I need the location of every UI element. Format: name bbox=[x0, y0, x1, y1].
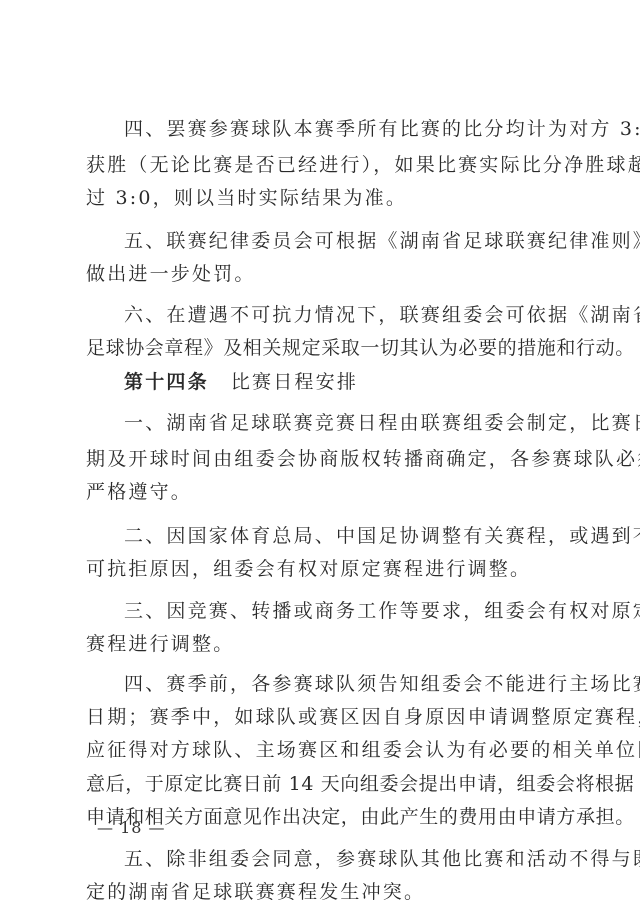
paragraph-line: 做出进一步处罚。 bbox=[86, 261, 560, 287]
paragraph-line: 六、在遭遇不可抗力情况下，联赛组委会可依据《湖南省 bbox=[86, 302, 560, 328]
paragraph-line: 赛程进行调整。 bbox=[86, 631, 560, 657]
paragraph-line: 足球协会章程》及相关规定采取一切其认为必要的措施和行动。 bbox=[86, 335, 560, 361]
article-title: 比赛日程安排 bbox=[231, 371, 358, 393]
paragraph-line: 五、联赛纪律委员会可根据《湖南省足球联赛纪律准则》 bbox=[86, 228, 560, 254]
paragraph-line: 过 3:0，则以当时实际结果为准。 bbox=[86, 185, 560, 211]
paragraph-line: 获胜（无论比赛是否已经进行），如果比赛实际比分净胜球超 bbox=[86, 152, 560, 178]
paragraph-line: 定的湖南省足球联赛赛程发生冲突。 bbox=[86, 879, 560, 905]
paragraph-line: 四、赛季前，各参赛球队须告知组委会不能进行主场比赛 bbox=[86, 671, 560, 697]
paragraph-line: 应征得对方球队、主场赛区和组委会认为有必要的相关单位同 bbox=[86, 737, 560, 763]
paragraph-line: 五、除非组委会同意，参赛球队其他比赛和活动不得与既 bbox=[86, 846, 560, 872]
paragraph-line: 期及开球时间由组委会协商版权转播商确定，各参赛球队必须 bbox=[86, 446, 560, 472]
article-number: 第十四条 bbox=[124, 371, 209, 393]
paragraph-line: 二、因国家体育总局、中国足协调整有关赛程，或遇到不 bbox=[86, 523, 560, 549]
paragraph-line: 日期；赛季中，如球队或赛区因自身原因申请调整原定赛程， bbox=[86, 704, 560, 730]
paragraph-line: 严格遵守。 bbox=[86, 479, 560, 505]
paragraph-line: 可抗拒原因，组委会有权对原定赛程进行调整。 bbox=[86, 556, 560, 582]
paragraph-line: 三、因竞赛、转播或商务工作等要求，组委会有权对原定 bbox=[86, 598, 560, 624]
paragraph-line: 一、湖南省足球联赛竞赛日程由联赛组委会制定，比赛日 bbox=[86, 410, 560, 436]
page-number: — 18 — bbox=[97, 818, 166, 837]
article-heading: 第十四条比赛日程安排 bbox=[86, 369, 560, 395]
paragraph-line: 意后，于原定比赛日前 14 天向组委会提出申请，组委会将根据 bbox=[86, 771, 560, 797]
paragraph-line: 四、罢赛参赛球队本赛季所有比赛的比分均计为对方 3:0 bbox=[86, 116, 560, 142]
